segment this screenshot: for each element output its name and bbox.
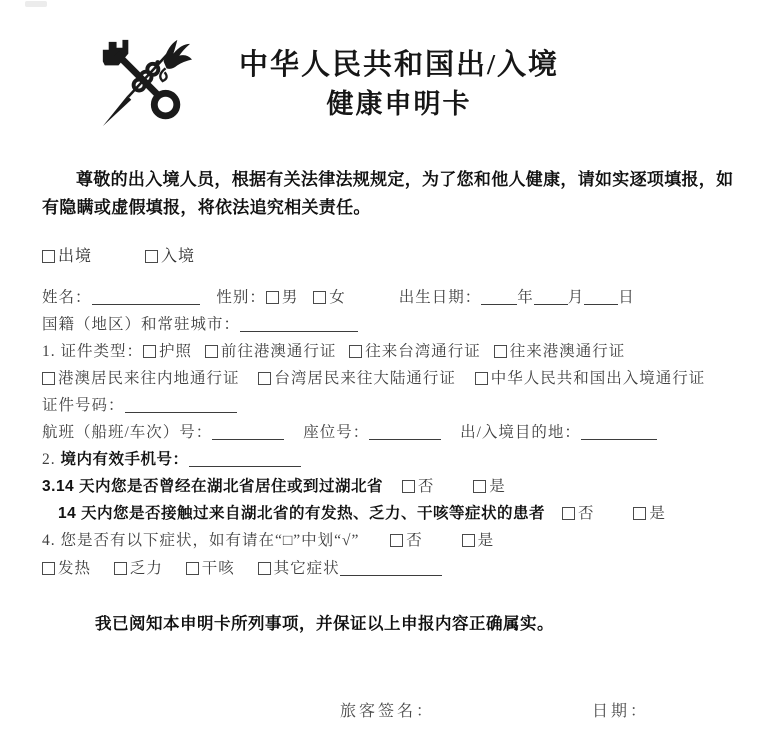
month-label: 月 <box>568 289 585 306</box>
form-title-line2: 健康申明卡 <box>0 82 782 121</box>
destination-label: 出/入境目的地： <box>460 424 581 441</box>
entry-label: 入境 <box>161 248 195 265</box>
taiwan-resident-permit-label: 台湾居民来往大陆通行证 <box>274 370 456 387</box>
hubei-contact-yes-checkbox[interactable] <box>633 507 646 520</box>
hk-macau-travel-permit-label: 往来港澳通行证 <box>510 343 626 360</box>
hubei-visit-yes-checkbox[interactable] <box>473 480 486 493</box>
flight-number-label: 航班（船班/车次）号： <box>42 424 212 441</box>
phone-input-line[interactable] <box>189 451 301 467</box>
id-number-label: 证件号码： <box>42 397 125 414</box>
prc-exit-entry-permit-checkbox[interactable] <box>475 372 488 385</box>
hubei-contact-no-checkbox[interactable] <box>562 507 575 520</box>
document-type-label: 1. 证件类型： <box>42 343 143 360</box>
direction-row: 出境 入境 <box>42 243 195 266</box>
name-input-line[interactable] <box>92 289 200 305</box>
symptoms-question-label: 4. 您是否有以下症状，如有请在“□”中划“√” <box>42 532 359 549</box>
fever-checkbox[interactable] <box>42 562 55 575</box>
seat-number-label: 座位号： <box>303 424 369 441</box>
id-number-input-line[interactable] <box>125 397 237 413</box>
male-checkbox[interactable] <box>266 291 279 304</box>
nationality-label: 国籍（地区）和常驻城市： <box>42 316 240 333</box>
name-label: 姓名： <box>42 289 92 306</box>
birth-year-input-line[interactable] <box>481 289 517 305</box>
dry-cough-checkbox[interactable] <box>186 562 199 575</box>
q3-number: 3. <box>42 478 56 495</box>
q2-number: 2. <box>42 451 61 468</box>
seat-number-input-line[interactable] <box>369 424 441 440</box>
exit-checkbox[interactable] <box>42 250 55 263</box>
passenger-signature-label: 旅客签名： <box>340 698 435 721</box>
hubei-visit-question-label: 14 天内您是否曾经在湖北省居住或到过湖北省 <box>56 478 383 495</box>
taiwan-travel-permit-checkbox[interactable] <box>349 345 362 358</box>
intro-notice: 尊敬的出入境人员，根据有关法律法规规定，为了您和他人健康，请如实逐项填报，如有隐… <box>42 166 742 222</box>
name-gender-birth-row: 姓名： 性别：男 女 出生日期：年月日 <box>42 285 635 307</box>
birth-month-input-line[interactable] <box>534 289 568 305</box>
passport-checkbox[interactable] <box>143 345 156 358</box>
dry-cough-label: 干咳 <box>202 560 235 577</box>
date-label: 日期： <box>592 698 649 721</box>
prc-exit-entry-permit-label: 中华人民共和国出入境通行证 <box>491 370 706 387</box>
nationality-row: 国籍（地区）和常驻城市： <box>42 312 358 334</box>
gender-label: 性别： <box>216 289 266 306</box>
document-type-row2: 港澳居民来往内地通行证 台湾居民来往大陆通行证 中华人民共和国出入境通行证 <box>42 366 705 388</box>
nationality-input-line[interactable] <box>240 316 358 332</box>
hk-macau-resident-permit-checkbox[interactable] <box>42 372 55 385</box>
flight-number-input-line[interactable] <box>212 424 284 440</box>
hubei-visit-question-row: 3.14 天内您是否曾经在湖北省居住或到过湖北省 否 是 <box>42 474 506 496</box>
hk-macau-exit-permit-checkbox[interactable] <box>205 345 218 358</box>
symptoms-yes-label: 是 <box>478 532 495 549</box>
declaration-statement: 我已阅知本申明卡所列事项，并保证以上申报内容正确属实。 <box>95 610 554 634</box>
symptoms-options-row: 发热 乏力 干咳 其它症状 <box>42 556 442 578</box>
fever-label: 发热 <box>58 560 91 577</box>
hubei-contact-question-row: 14 天内您是否接触过来自湖北省的有发热、乏力、干咳等症状的患者 否 是 <box>58 501 666 523</box>
fatigue-label: 乏力 <box>130 560 163 577</box>
other-symptoms-label: 其它症状 <box>274 560 340 577</box>
hk-macau-exit-permit-label: 前往港澳通行证 <box>221 343 337 360</box>
hk-macau-travel-permit-checkbox[interactable] <box>494 345 507 358</box>
birth-day-input-line[interactable] <box>584 289 618 305</box>
passport-label: 护照 <box>159 343 192 360</box>
birthdate-label: 出生日期： <box>399 289 482 306</box>
hubei-visit-yes-label: 是 <box>489 478 506 495</box>
other-symptoms-input-line[interactable] <box>340 560 442 576</box>
hubei-contact-question-label: 14 天内您是否接触过来自湖北省的有发热、乏力、干咳等症状的患者 <box>58 505 545 522</box>
symptoms-no-label: 否 <box>406 532 423 549</box>
phone-row: 2. 境内有效手机号： <box>42 447 301 469</box>
male-label: 男 <box>282 289 299 306</box>
taiwan-resident-permit-checkbox[interactable] <box>258 372 271 385</box>
destination-input-line[interactable] <box>581 424 657 440</box>
female-checkbox[interactable] <box>313 291 326 304</box>
exit-label: 出境 <box>58 248 92 265</box>
symptoms-question-row: 4. 您是否有以下症状，如有请在“□”中划“√” 否 是 <box>42 528 494 550</box>
fatigue-checkbox[interactable] <box>114 562 127 575</box>
year-label: 年 <box>517 289 534 306</box>
entry-checkbox[interactable] <box>145 250 158 263</box>
symptoms-yes-checkbox[interactable] <box>462 534 475 547</box>
hubei-contact-yes-label: 是 <box>649 505 666 522</box>
female-label: 女 <box>329 289 346 306</box>
health-declaration-card: 中华人民共和国出/入境 健康申明卡 尊敬的出入境人员，根据有关法律法规规定，为了… <box>0 0 782 751</box>
flight-seat-destination-row: 航班（船班/车次）号： 座位号： 出/入境目的地： <box>42 420 657 442</box>
form-title-line1: 中华人民共和国出/入境 <box>0 42 782 83</box>
day-label: 日 <box>618 289 635 306</box>
hubei-contact-no-label: 否 <box>578 505 595 522</box>
hk-macau-resident-permit-label: 港澳居民来往内地通行证 <box>58 370 240 387</box>
hubei-visit-no-label: 否 <box>418 478 435 495</box>
other-symptoms-checkbox[interactable] <box>258 562 271 575</box>
taiwan-travel-permit-label: 往来台湾通行证 <box>365 343 481 360</box>
symptoms-no-checkbox[interactable] <box>390 534 403 547</box>
id-number-row: 证件号码： <box>42 393 237 415</box>
hubei-visit-no-checkbox[interactable] <box>402 480 415 493</box>
document-type-row1: 1. 证件类型：护照 前往港澳通行证 往来台湾通行证 往来港澳通行证 <box>42 339 625 361</box>
phone-label: 境内有效手机号： <box>61 451 189 468</box>
scan-artifact <box>25 1 47 7</box>
